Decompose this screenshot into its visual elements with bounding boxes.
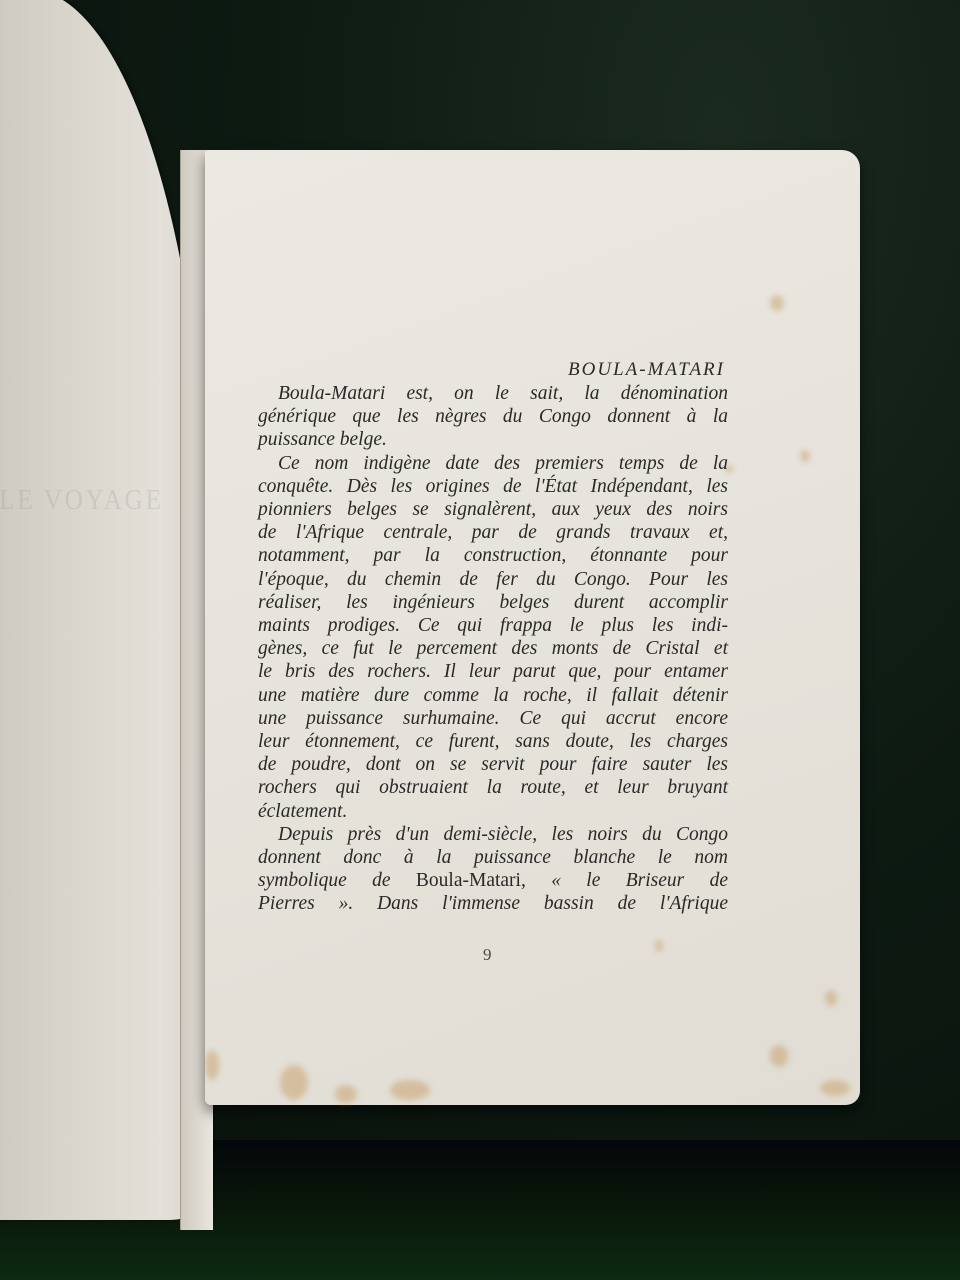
page-number: 9 xyxy=(483,945,492,965)
text-line: notamment, par la construction, étonnant… xyxy=(258,544,728,567)
text-line: générique que les nègres du Congo donnen… xyxy=(258,405,728,428)
foxing-stain xyxy=(205,1050,219,1080)
paragraph-1: Boula-Matari est, on le sait, la dénomin… xyxy=(258,382,728,452)
text-line: Depuis près d'un demi-siècle, les noirs … xyxy=(258,823,728,846)
text-line: conquête. Dès les origines de l'État Ind… xyxy=(258,475,728,498)
foxing-stain xyxy=(825,990,837,1006)
foxing-stain xyxy=(770,295,784,311)
text-line: une puissance surhumaine. Ce qui accrut … xyxy=(258,707,728,730)
text-line: pionniers belges se signalèrent, aux yeu… xyxy=(258,498,728,521)
text-line: de l'Afrique centrale, par de grands tra… xyxy=(258,521,728,544)
text-line: gènes, ce fut le percement des monts de … xyxy=(258,637,728,660)
text-line: éclatement. xyxy=(258,800,728,823)
text-line: leur étonnement, ce furent, sans doute, … xyxy=(258,730,728,753)
text-line: le bris des rochers. Il leur parut que, … xyxy=(258,660,728,683)
right-page: BOULA-MATARI Boula-Matari est, on le sai… xyxy=(205,150,860,1105)
paragraph-2: Ce nom indigène date des premiers temps … xyxy=(258,452,728,823)
show-through-text: LE VOYAGE xyxy=(0,485,164,517)
text-line: Ce nom indigène date des premiers temps … xyxy=(258,452,728,475)
foxing-stain xyxy=(335,1085,357,1103)
roman-name: Boula-Matari, xyxy=(416,870,526,891)
text-line: puissance belge. xyxy=(258,428,728,451)
text-line: réaliser, les ingénieurs belges durent a… xyxy=(258,591,728,614)
text-fragment: « le Briseur de xyxy=(526,870,728,891)
foxing-stain xyxy=(770,1045,788,1067)
foxing-stain xyxy=(280,1065,308,1100)
foxing-stain xyxy=(820,1080,850,1096)
foxing-stain xyxy=(800,450,810,462)
body-text: Boula-Matari est, on le sait, la dénomin… xyxy=(258,382,728,916)
text-line: Boula-Matari est, on le sait, la dénomin… xyxy=(258,382,728,405)
foxing-stain xyxy=(390,1080,430,1100)
text-line: rochers qui obstruaient la route, et leu… xyxy=(258,776,728,799)
running-head: BOULA-MATARI xyxy=(568,359,725,381)
foxing-stain xyxy=(655,940,663,952)
paragraph-3: Depuis près d'un demi-siècle, les noirs … xyxy=(258,823,728,916)
text-line: une matière dure comme la roche, il fall… xyxy=(258,684,728,707)
text-line: Pierres ». Dans l'immense bassin de l'Af… xyxy=(258,892,728,915)
left-page: LE VOYAGE xyxy=(0,0,210,1220)
text-line: symbolique de Boula-Matari, « le Briseur… xyxy=(258,869,728,892)
text-line: donnent donc à la puissance blanche le n… xyxy=(258,846,728,869)
text-fragment: symbolique de xyxy=(258,870,416,891)
text-line: de poudre, dont on se servit pour faire … xyxy=(258,753,728,776)
text-line: l'époque, du chemin de fer du Congo. Pou… xyxy=(258,568,728,591)
text-line: maints prodiges. Ce qui frappa le plus l… xyxy=(258,614,728,637)
